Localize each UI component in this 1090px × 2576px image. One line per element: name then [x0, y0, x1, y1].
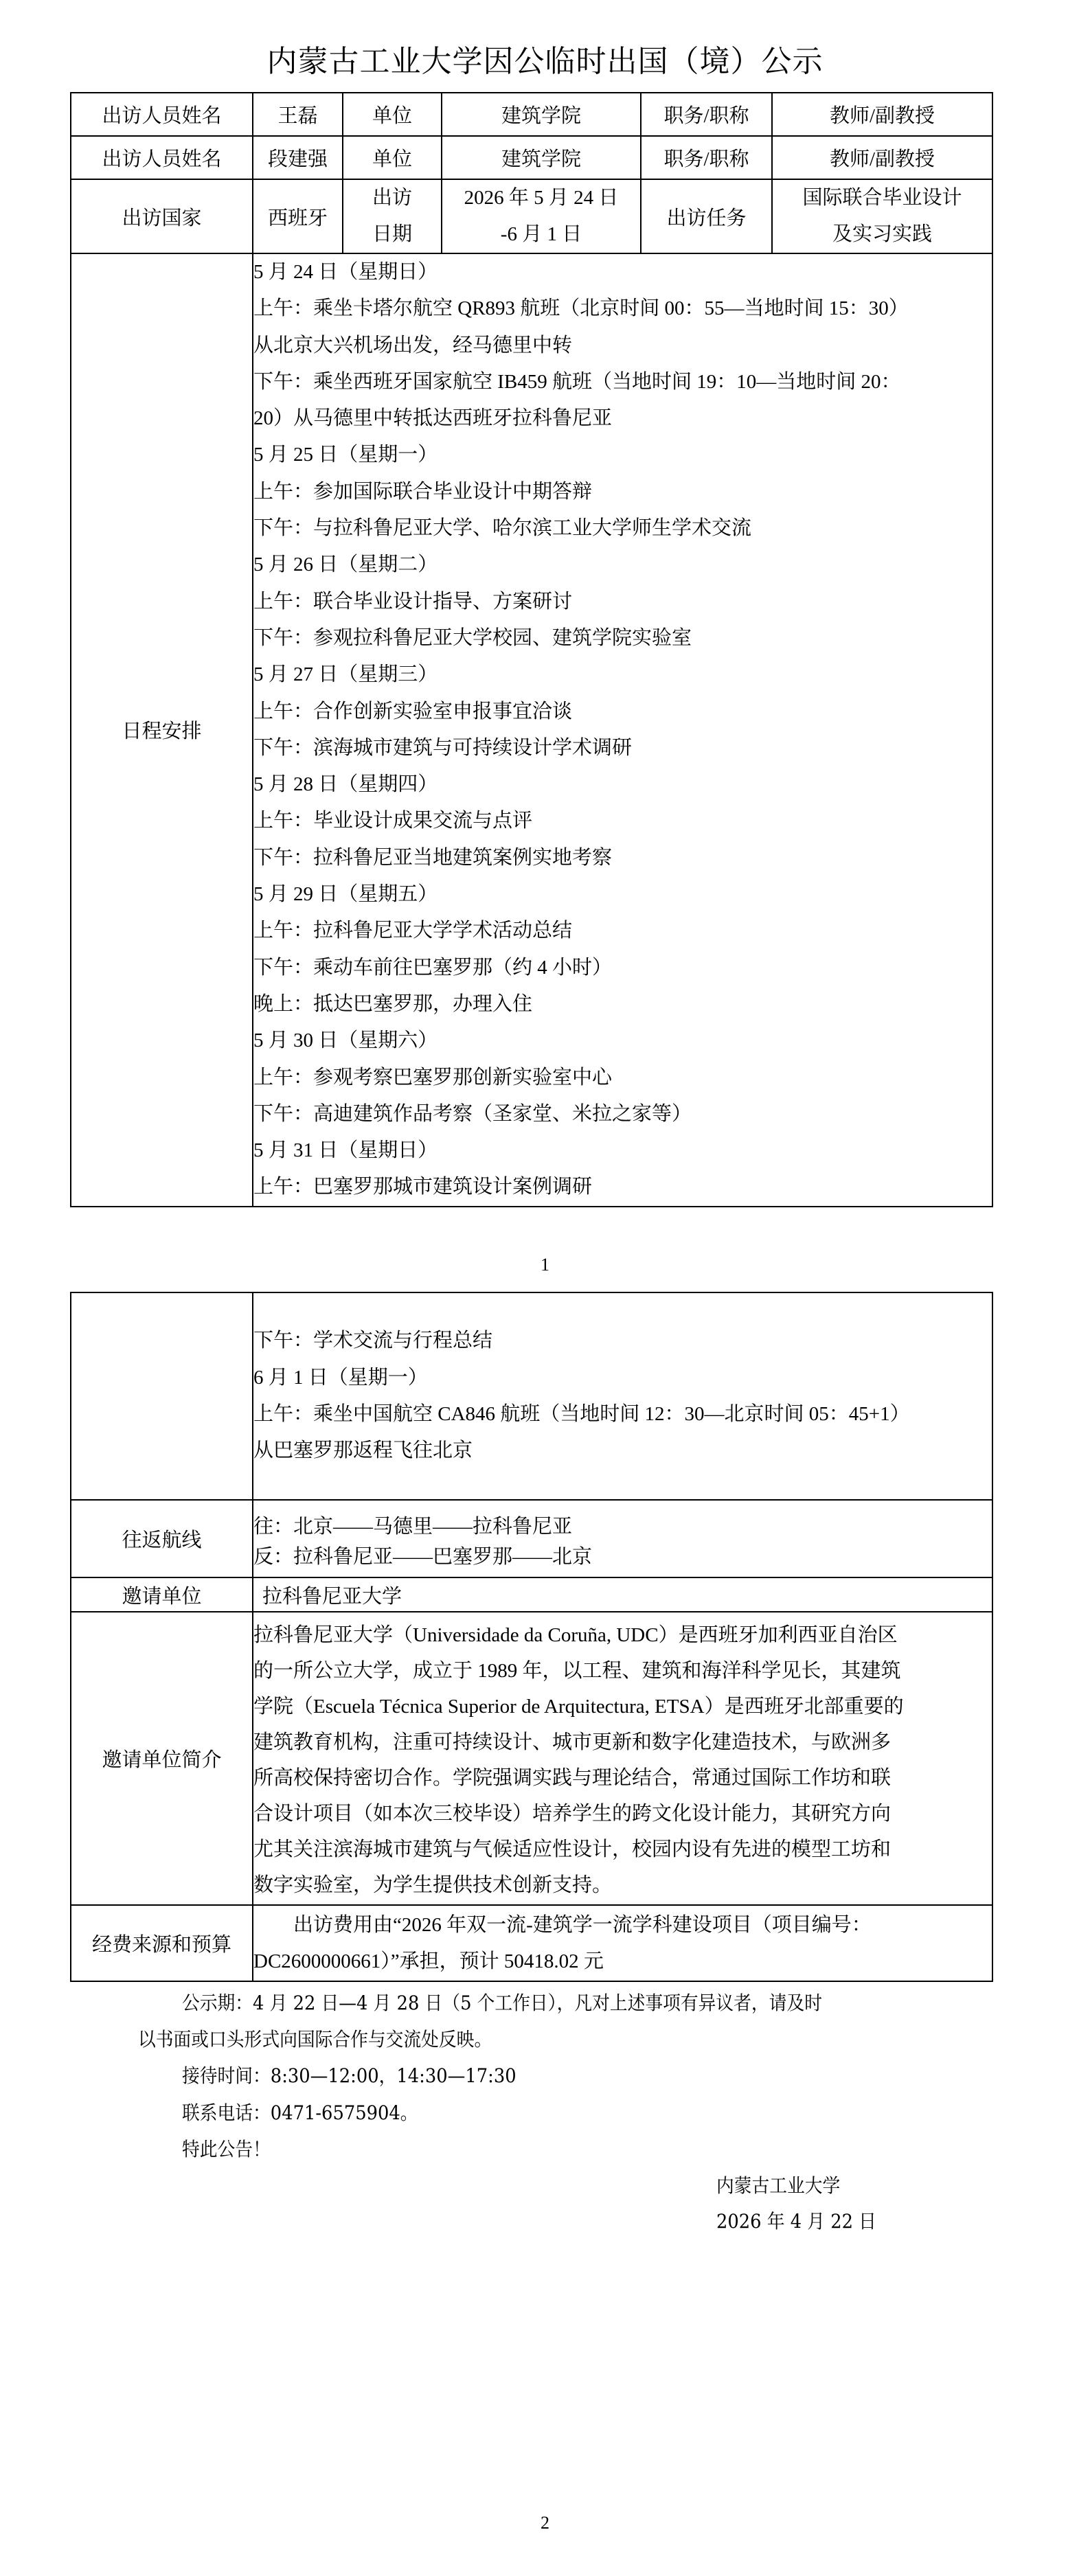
title-value: 教师/副教授 — [772, 93, 992, 136]
date-value: 2026 年 5 月 24 日 -6 月 1 日 — [442, 179, 641, 253]
inviter-label: 邀请单位 — [71, 1577, 253, 1612]
inviter-row: 邀请单位 拉科鲁尼亚大学 — [71, 1577, 992, 1612]
notice-phone: 联系电话：0471-6575904。 — [182, 2095, 418, 2131]
schedule-line: 6 月 1 日（星期一） — [253, 1360, 992, 1396]
country-value: 西班牙 — [253, 179, 343, 253]
schedule-row: 日程安排 5 月 24 日（星期日） 上午：乘坐卡塔尔航空 QR893 航班（北… — [71, 253, 992, 1207]
visitor-name: 段建强 — [253, 136, 343, 179]
notice-period-line2: 以书面或口头形式向国际合作与交流处反映。 — [138, 2021, 492, 2058]
unit-value: 建筑学院 — [442, 136, 641, 179]
schedule-line: 上午：乘坐卡塔尔航空 QR893 航班（北京时间 00：55—当地时间 15：3… — [253, 290, 992, 327]
unit-value: 建筑学院 — [442, 93, 641, 136]
schedule-content: 5 月 24 日（星期日） 上午：乘坐卡塔尔航空 QR893 航班（北京时间 0… — [253, 253, 992, 1207]
unit-label: 单位 — [343, 136, 442, 179]
visitor-name: 王磊 — [253, 93, 343, 136]
title-label: 职务/职称 — [641, 136, 772, 179]
schedule-line: 下午：参观拉科鲁尼亚大学校园、建筑学院实验室 — [253, 620, 992, 657]
schedule-content-continued: 下午：学术交流与行程总结 6 月 1 日（星期一） 上午：乘坐中国航空 CA84… — [253, 1292, 992, 1500]
schedule-line: 5 月 31 日（星期日） — [253, 1132, 992, 1169]
unit-label: 单位 — [343, 93, 442, 136]
schedule-line: 上午：参加国际联合毕业设计中期答辩 — [253, 474, 992, 510]
notice-reception-hours: 接待时间：8:30—12:00，14:30—17:30 — [182, 2058, 516, 2094]
schedule-label-empty — [71, 1292, 253, 1500]
schedule-line: 下午：滨海城市建筑与可持续设计学术调研 — [253, 730, 992, 766]
country-label: 出访国家 — [71, 179, 253, 253]
schedule-line: 5 月 24 日（星期日） — [253, 254, 992, 290]
inviter-intro-label: 邀请单位简介 — [71, 1612, 253, 1905]
schedule-line: 从巴塞罗那返程飞往北京 — [253, 1433, 992, 1469]
visitor-row-2: 出访人员姓名 段建强 单位 建筑学院 职务/职称 教师/副教授 — [71, 136, 992, 179]
route-label: 往返航线 — [71, 1500, 253, 1577]
notice-period-line1: 公示期：4 月 22 日—4 月 28 日（5 个工作日），凡对上述事项有异议者… — [182, 1985, 822, 2021]
schedule-line: 上午：毕业设计成果交流与点评 — [253, 803, 992, 839]
budget-label: 经费来源和预算 — [71, 1905, 253, 1981]
page-number-1: 1 — [0, 1255, 1090, 1275]
schedule-line: 下午：乘坐西班牙国家航空 IB459 航班（当地时间 19：10—当地时间 20… — [253, 364, 992, 400]
date-label: 出访 日期 — [343, 179, 442, 253]
schedule-line: 上午：参观考察巴塞罗那创新实验室中心 — [253, 1060, 992, 1096]
schedule-line: 下午：与拉科鲁尼亚大学、哈尔滨工业大学师生学术交流 — [253, 510, 992, 547]
schedule-line: 下午：高迪建筑作品考察（圣家堂、米拉之家等） — [253, 1096, 992, 1132]
title-value: 教师/副教授 — [772, 136, 992, 179]
notice-closing: 特此公告！ — [182, 2131, 271, 2167]
task-value: 国际联合毕业设计 及实习实践 — [772, 179, 992, 253]
visit-info-table-continued: 下午：学术交流与行程总结 6 月 1 日（星期一） 上午：乘坐中国航空 CA84… — [70, 1292, 993, 1982]
schedule-label: 日程安排 — [71, 253, 253, 1207]
schedule-line: 下午：学术交流与行程总结 — [253, 1323, 992, 1359]
visitor-row-1: 出访人员姓名 王磊 单位 建筑学院 职务/职称 教师/副教授 — [71, 93, 992, 136]
budget-content: 出访费用由“2026 年双一流-建筑学一流学科建设项目（项目编号： DC2600… — [253, 1905, 992, 1981]
route-row: 往返航线 往：北京——马德里——拉科鲁尼亚 反：拉科鲁尼亚——巴塞罗那——北京 — [71, 1500, 992, 1577]
inviter-value: 拉科鲁尼亚大学 — [253, 1577, 992, 1612]
page-number-2: 2 — [0, 2513, 1090, 2533]
document-title: 内蒙古工业大学因公临时出国（境）公示 — [0, 40, 1090, 84]
task-label: 出访任务 — [641, 179, 772, 253]
schedule-line: 上午：巴塞罗那城市建筑设计案例调研 — [253, 1169, 992, 1205]
schedule-line: 晚上：抵达巴塞罗那，办理入住 — [253, 986, 992, 1023]
visit-info-table: 出访人员姓名 王磊 单位 建筑学院 职务/职称 教师/副教授 出访人员姓名 段建… — [70, 92, 993, 1207]
schedule-line: 上午：联合毕业设计指导、方案研讨 — [253, 584, 992, 620]
schedule-line: 5 月 30 日（星期六） — [253, 1023, 992, 1059]
schedule-line: 5 月 25 日（星期一） — [253, 437, 992, 473]
visitor-name-label: 出访人员姓名 — [71, 93, 253, 136]
schedule-line: 5 月 27 日（星期三） — [253, 657, 992, 693]
budget-row: 经费来源和预算 出访费用由“2026 年双一流-建筑学一流学科建设项目（项目编号… — [71, 1905, 992, 1981]
visitor-name-label: 出访人员姓名 — [71, 136, 253, 179]
route-content: 往：北京——马德里——拉科鲁尼亚 反：拉科鲁尼亚——巴塞罗那——北京 — [253, 1500, 992, 1577]
route-outbound: 往：北京——马德里——拉科鲁尼亚 — [253, 1512, 992, 1542]
schedule-line: 下午：乘动车前往巴塞罗那（约 4 小时） — [253, 950, 992, 986]
schedule-line: 上午：拉科鲁尼亚大学学术活动总结 — [253, 913, 992, 949]
schedule-line: 5 月 28 日（星期四） — [253, 766, 992, 803]
schedule-line: 5 月 26 日（星期二） — [253, 547, 992, 583]
schedule-line: 下午：拉科鲁尼亚当地建筑案例实地考察 — [253, 840, 992, 876]
notice-signature: 内蒙古工业大学 — [716, 2167, 840, 2204]
schedule-line: 上午：合作创新实验室申报事宜洽谈 — [253, 694, 992, 730]
schedule-line: 5 月 29 日（星期五） — [253, 876, 992, 913]
inviter-intro-content: 拉科鲁尼亚大学（Universidade da Coruña, UDC）是西班牙… — [253, 1612, 992, 1905]
schedule-row-continued: 下午：学术交流与行程总结 6 月 1 日（星期一） 上午：乘坐中国航空 CA84… — [71, 1292, 992, 1500]
inviter-intro-row: 邀请单位简介 拉科鲁尼亚大学（Universidade da Coruña, U… — [71, 1612, 992, 1905]
title-label: 职务/职称 — [641, 93, 772, 136]
schedule-line: 20）从马德里中转抵达西班牙拉科鲁尼亚 — [253, 400, 992, 437]
route-return: 反：拉科鲁尼亚——巴塞罗那——北京 — [253, 1542, 992, 1572]
schedule-line: 从北京大兴机场出发，经马德里中转 — [253, 328, 992, 364]
notice-date: 2026 年 4 月 22 日 — [716, 2203, 876, 2239]
schedule-line: 上午：乘坐中国航空 CA846 航班（当地时间 12：30—北京时间 05：45… — [253, 1396, 992, 1433]
trip-row: 出访国家 西班牙 出访 日期 2026 年 5 月 24 日 -6 月 1 日 … — [71, 179, 992, 253]
